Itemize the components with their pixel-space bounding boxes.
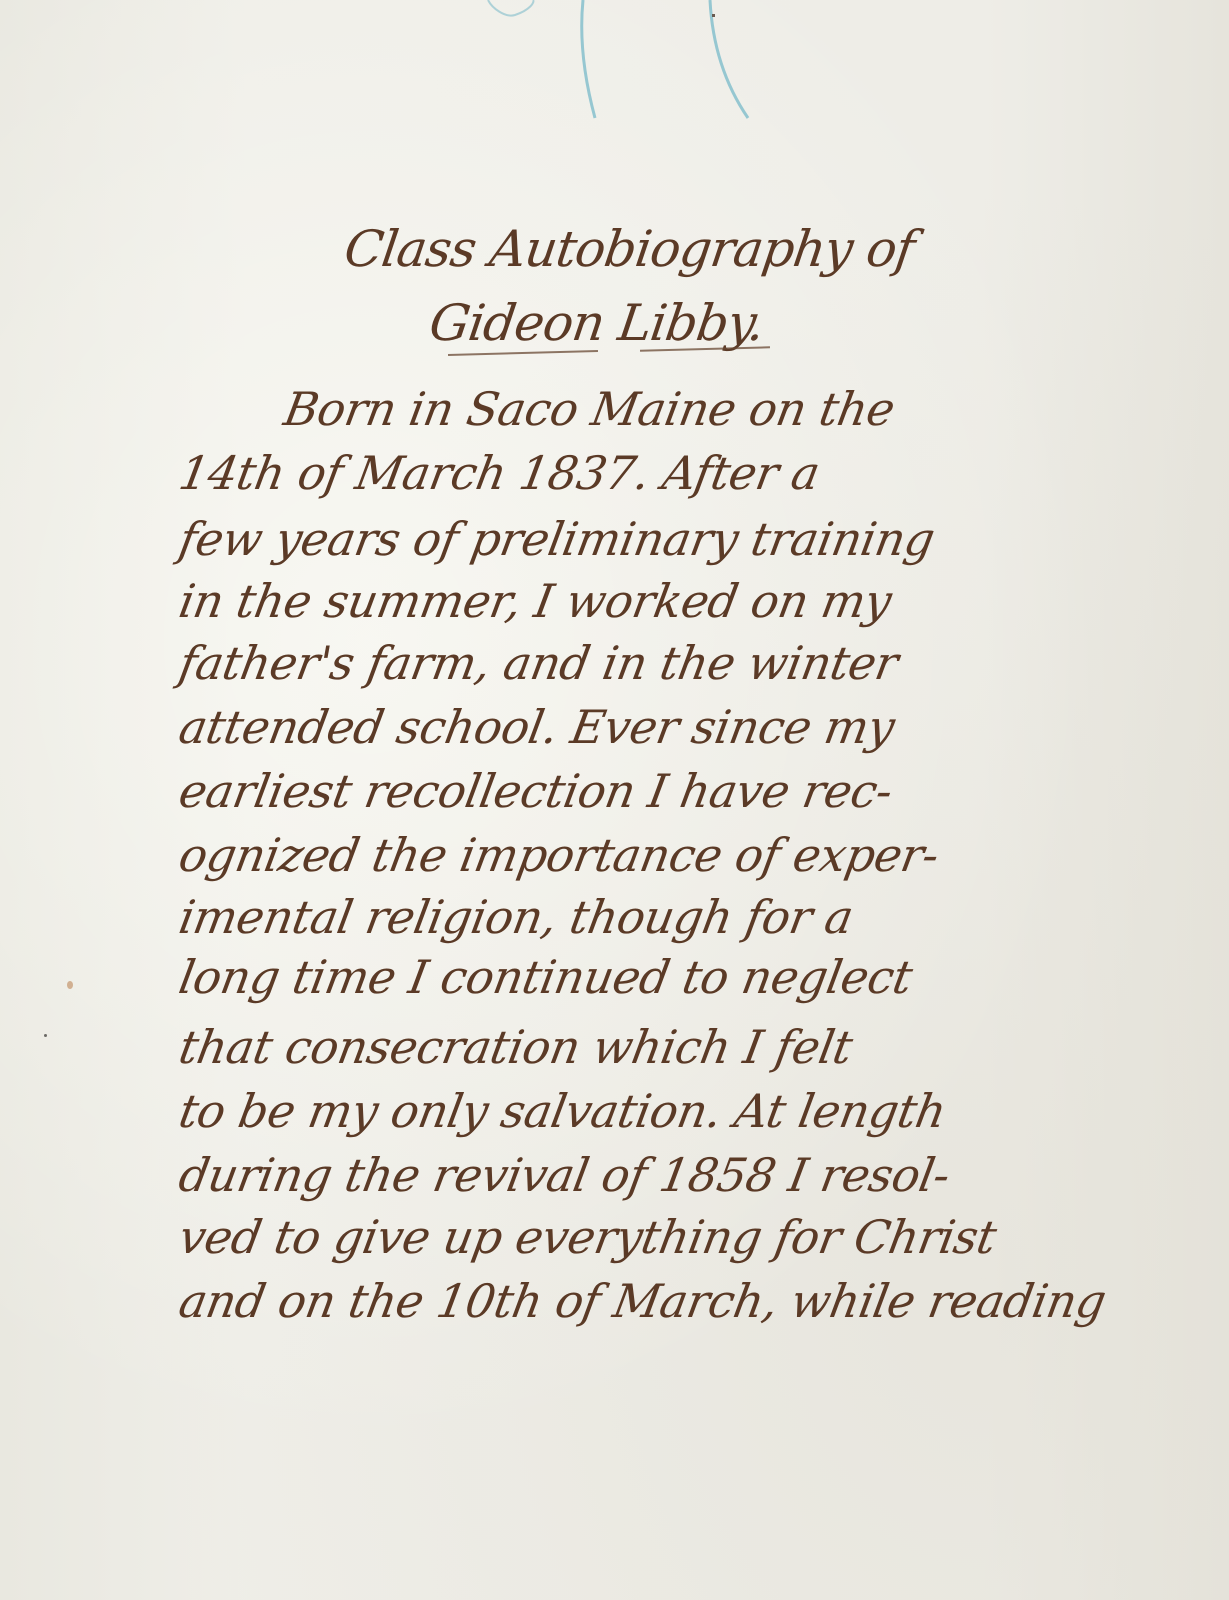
- body-line: earliest recollection I have rec-: [175, 764, 896, 818]
- handwritten-text: Class Autobiography of Gideon Libby. Bor…: [0, 0, 1229, 1600]
- body-line: ognized the importance of exper-: [175, 828, 943, 882]
- body-line: ved to give up everything for Christ: [175, 1210, 1000, 1264]
- title-line-2: Gideon Libby.: [426, 294, 768, 352]
- body-line: and on the 10th of March, while reading: [175, 1274, 1110, 1328]
- body-line: in the summer, I worked on my: [175, 574, 895, 628]
- body-line: imental religion, though for a: [175, 890, 857, 944]
- body-line: during the revival of 1858 I resol-: [175, 1148, 954, 1202]
- title-line-1: Class Autobiography of: [341, 220, 918, 278]
- body-line: Born in Saco Maine on the: [280, 382, 899, 436]
- manuscript-page: Class Autobiography of Gideon Libby. Bor…: [0, 0, 1229, 1600]
- body-line: few years of preliminary training: [175, 512, 939, 566]
- body-line: 14th of March 1837. After a: [175, 446, 824, 500]
- body-line: that consecration which I felt: [175, 1020, 856, 1074]
- body-line: to be my only salvation. At length: [175, 1084, 950, 1138]
- body-line: father's farm, and in the winter: [175, 636, 902, 690]
- body-line: attended school. Ever since my: [175, 700, 898, 754]
- body-line: long time I continued to neglect: [175, 950, 916, 1004]
